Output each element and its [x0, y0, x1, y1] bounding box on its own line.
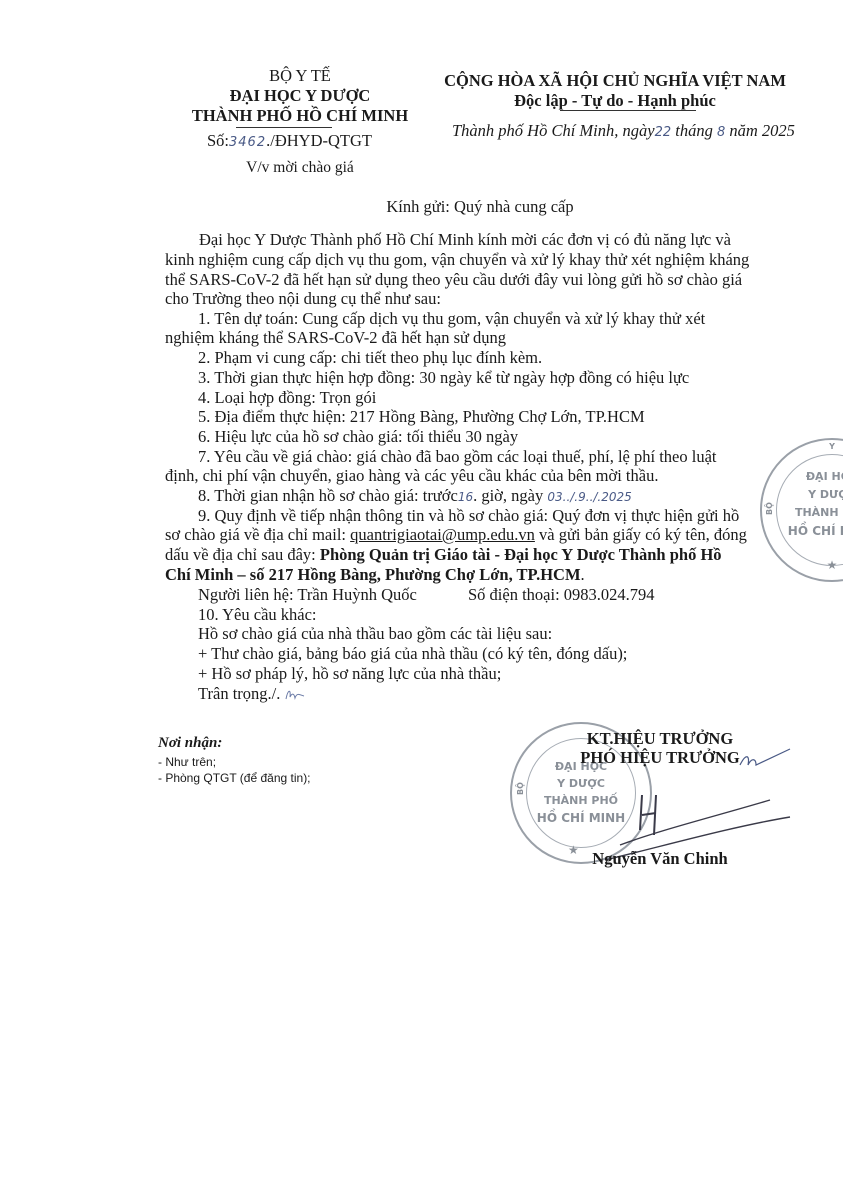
number-handwritten: 3462 [229, 135, 266, 150]
intro-line-1: Đại học Y Dược Thành phố Hồ Chí Minh kín… [199, 230, 731, 250]
item-1-line-1: 1. Tên dự toán: Cung cấp dịch vụ thu gom… [198, 309, 705, 329]
item-10-b: + Hồ sơ pháp lý, hồ sơ năng lực của nhà … [198, 664, 501, 684]
item-9-line-4: Chí Minh – số 217 Hồng Bàng, Phường Chợ … [165, 565, 585, 585]
recipient-1: - Như trên; [158, 755, 216, 769]
month-handwritten: 8 [717, 125, 725, 140]
header-left-underline [236, 127, 332, 128]
item-9-email-suffix: và gửi bản giấy có ký tên, đóng [535, 525, 747, 544]
item-10: 10. Yêu cầu khác: [198, 605, 317, 625]
item-5: 5. Địa điểm thực hiện: 217 Hồng Bàng, Ph… [198, 407, 645, 427]
initials-scribble-icon [284, 687, 306, 703]
item-9-address-bold-1: Phòng Quản trị Giáo tài - Đại học Y Dược… [320, 545, 722, 564]
partial-seal-stamp: Y ĐẠI HỌC Y DƯỢC THÀNH PHỐ HỒ CHÍ MINH B… [760, 438, 843, 582]
item-9-line-2: sơ chào giá về địa chỉ mail: quantrigiao… [165, 525, 747, 545]
nation-title: CỘNG HÒA XÃ HỘI CHỦ NGHĨA VIỆT NAM [430, 71, 800, 91]
day-handwritten: 22 [655, 125, 672, 140]
org-name-line1: ĐẠI HỌC Y DƯỢC [180, 86, 420, 106]
item-9-line-1: 9. Quy định về tiếp nhận thông tin và hồ… [198, 506, 739, 526]
month-label: tháng [675, 121, 713, 140]
contact-phone: Số điện thoại: 0983.024.794 [468, 585, 655, 605]
contact-email-link[interactable]: quantrigiaotai@ump.edu.vn [350, 525, 535, 544]
item-1-line-2: nghiệm kháng thể SARS-CoV-2 đã hết hạn s… [165, 328, 506, 348]
intro-line-3: thể SARS-CoV-2 đã hết hạn sử dụng theo y… [165, 270, 742, 290]
partial-stamp-side: BỘ [765, 502, 774, 515]
subject-line: V/v mời chào giá [180, 159, 420, 177]
stamp-side-text: BỘ [516, 782, 525, 795]
item-10-a: + Thư chào giá, bảng báo giá của nhà thầ… [198, 644, 627, 664]
closing: Trân trọng./. [198, 684, 306, 704]
item-8-mid: giờ, ngày [481, 486, 543, 505]
recipients-title: Nơi nhận: [158, 735, 222, 752]
place-date-prefix: Thành phố Hồ Chí Minh, ngày [452, 121, 655, 140]
recipient-2: - Phòng QTGT (để đăng tin); [158, 771, 311, 785]
number-suffix: ./ĐHYD-QTGT [266, 131, 372, 150]
partial-stamp-text-4: HỒ CHÍ MINH [762, 524, 843, 538]
contact-person: Người liên hệ: Trần Huỳnh Quốc [198, 585, 417, 605]
item-8-prefix: 8. Thời gian nhận hồ sơ chào giá: trước [198, 486, 458, 505]
deadline-hour-handwritten: 16 [458, 490, 473, 504]
item-7-line-1: 7. Yêu cầu về giá chào: giá chào đã bao … [198, 447, 717, 467]
partial-stamp-text-3: THÀNH PHỐ [762, 506, 843, 519]
item-3: 3. Thời gian thực hiện hợp đồng: 30 ngày… [198, 368, 689, 388]
item-9-address-bold-2: Chí Minh – số 217 Hồng Bàng, Phường Chợ … [165, 565, 581, 584]
partial-stamp-top: Y [762, 442, 843, 451]
year-label: năm 2025 [729, 121, 795, 140]
partial-stamp-star-icon: ★ [762, 558, 843, 572]
partial-stamp-text-1: ĐẠI HỌC [762, 470, 843, 483]
deadline-date-handwritten: 03../.9../.2025 [547, 490, 631, 504]
salutation: Kính gửi: Quý nhà cung cấp [190, 197, 770, 217]
intro-line-2: kinh nghiệm cung cấp dịch vụ thu gom, vậ… [165, 250, 749, 270]
item-10-intro: Hồ sơ chào giá của nhà thầu bao gồm các … [198, 624, 552, 644]
motto-underline [560, 110, 696, 111]
item-9-address-prefix: dấu về địa chỉ sau đây: [165, 545, 320, 564]
signer-name: Nguyễn Văn Chinh [560, 849, 760, 869]
document-number: Số:3462./ĐHYD-QTGT [207, 131, 372, 151]
intro-line-4: cho Trường theo nội dung cụ thể như sau: [165, 289, 441, 309]
item-4: 4. Loại hợp đồng: Trọn gói [198, 388, 376, 408]
number-prefix: Số: [207, 131, 229, 150]
ministry-name: BỘ Y TẾ [180, 66, 420, 86]
partial-stamp-text-2: Y DƯỢC [762, 488, 843, 501]
item-9-end: . [581, 565, 585, 584]
item-9-line-3: dấu về địa chỉ sau đây: Phòng Quản trị G… [165, 545, 722, 565]
national-motto: Độc lập - Tự do - Hạnh phúc [430, 91, 800, 111]
place-date: Thành phố Hồ Chí Minh, ngày22 tháng 8 nă… [452, 121, 795, 141]
org-name-line2: THÀNH PHỐ HỒ CHÍ MINH [180, 106, 420, 126]
closing-text: Trân trọng./. [198, 684, 280, 703]
item-6: 6. Hiệu lực của hồ sơ chào giá: tối thiể… [198, 427, 518, 447]
item-7-line-2: định, chi phí vận chuyển, giao hàng và c… [165, 466, 658, 486]
item-8: 8. Thời gian nhận hồ sơ chào giá: trước1… [198, 486, 632, 506]
item-2: 2. Phạm vi cung cấp: chi tiết theo phụ l… [198, 348, 542, 368]
item-9-email-prefix: sơ chào giá về địa chỉ mail: [165, 525, 350, 544]
